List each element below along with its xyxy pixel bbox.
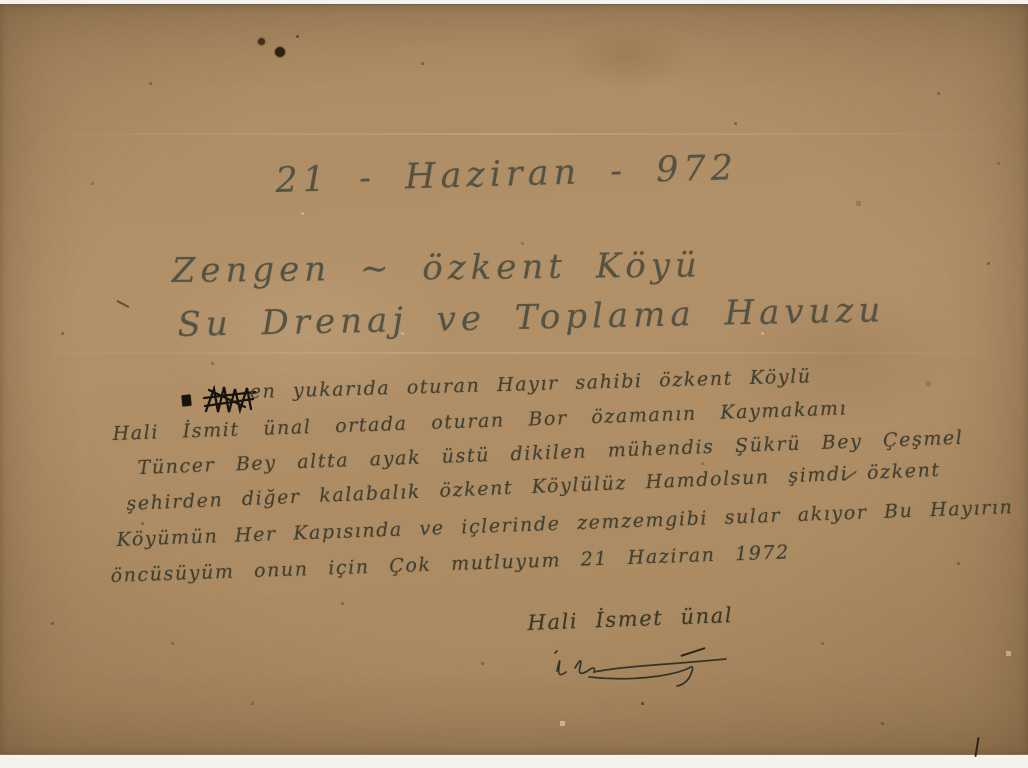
signature-flourish (549, 643, 734, 691)
paper-fibre (116, 300, 129, 308)
paper-crease (0, 133, 1028, 135)
body-line: en yukarıda oturan Hayır sahibi özkent K… (249, 365, 812, 403)
paper-speckles (0, 5, 1, 6)
ink-spot (258, 38, 265, 45)
title-line-project: Su Drenaj ve Toplama Havuzu (177, 290, 886, 345)
signature-name: Hali İsmet ünal (527, 603, 734, 635)
paper-sheet: 21 - Haziran - 972 Zengen ~ özkent Köyü … (0, 4, 1028, 755)
date-heading: 21 - Haziran - 972 (275, 148, 739, 201)
redaction-mark (181, 395, 191, 407)
ink-spot (275, 47, 285, 57)
paper-crease (0, 352, 1028, 354)
ink-spot (296, 35, 299, 38)
body-line: öncüsüyüm onun için Çok mutluyum 21 Hazi… (110, 541, 790, 587)
paper-fibre (974, 737, 979, 757)
title-line-village: Zengen ~ özkent Köyü (172, 245, 702, 291)
